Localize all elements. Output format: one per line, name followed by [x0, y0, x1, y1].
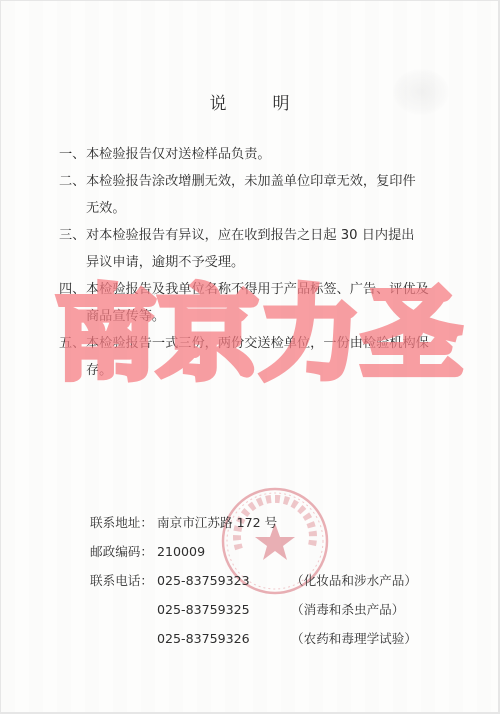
- note-text-continued: 异议申请，逾期不予受理。: [86, 255, 469, 270]
- note-item-1: 一、 本检验报告仅对送检样品负责。: [59, 147, 469, 162]
- note-text: 本检验报告涂改增删无效，未加盖单位印章无效，复印件: [86, 174, 469, 189]
- title-char-1: 说: [210, 89, 227, 114]
- address-label: 联系地址：: [90, 515, 153, 530]
- phone-number: 025-83759323: [157, 573, 250, 588]
- note-text-continued: 无效。: [86, 201, 469, 216]
- phone-description: （化妆品和涉水产品）: [291, 573, 417, 588]
- document-page: 说明 一、 本检验报告仅对送检样品负责。 二、 本检验报告涂改增删无效，未加盖单…: [1, 1, 498, 712]
- note-text: 本检验报告一式三份，两份交送检单位，一份由检验机构保: [86, 336, 469, 351]
- note-number: 四、: [59, 282, 86, 297]
- phone-number: 025-83759325: [157, 602, 250, 617]
- note-item-2: 二、 本检验报告涂改增删无效，未加盖单位印章无效，复印件 无效。: [59, 174, 469, 216]
- note-number: 二、: [59, 174, 86, 189]
- note-text: 对本检验报告有异议，应在收到报告之日起 30 日内提出: [86, 228, 469, 243]
- phone-description: （农药和毒理学试验）: [291, 631, 417, 646]
- title-char-2: 明: [273, 89, 290, 114]
- phone-description: （消毒和杀虫产品）: [291, 602, 404, 617]
- address-value: 南京市江苏路 172 号: [157, 515, 277, 530]
- phone-label: 联系电话：: [90, 573, 153, 588]
- note-text: 本检验报告及我单位名称不得用于产品标签、广告、评优及: [86, 282, 469, 297]
- postcode-label: 邮政编码：: [90, 544, 153, 559]
- note-text-continued: 存。: [86, 363, 469, 378]
- note-number: 五、: [59, 336, 86, 351]
- note-item-4: 四、 本检验报告及我单位名称不得用于产品标签、广告、评优及 商品宣传等。: [59, 282, 469, 324]
- note-number: 三、: [59, 228, 86, 243]
- note-text-continued: 商品宣传等。: [86, 309, 469, 324]
- note-item-3: 三、 对本检验报告有异议，应在收到报告之日起 30 日内提出 异议申请，逾期不予…: [59, 228, 469, 270]
- note-number: 一、: [59, 147, 86, 162]
- note-item-5: 五、 本检验报告一式三份，两份交送检单位，一份由检验机构保 存。: [59, 336, 469, 378]
- phone-number: 025-83759326: [157, 631, 250, 646]
- page-title: 说明: [1, 89, 498, 114]
- postcode-value: 210009: [157, 544, 205, 559]
- note-text: 本检验报告仅对送检样品负责。: [86, 147, 469, 162]
- notes-list: 一、 本检验报告仅对送检样品负责。 二、 本检验报告涂改增删无效，未加盖单位印章…: [59, 147, 469, 390]
